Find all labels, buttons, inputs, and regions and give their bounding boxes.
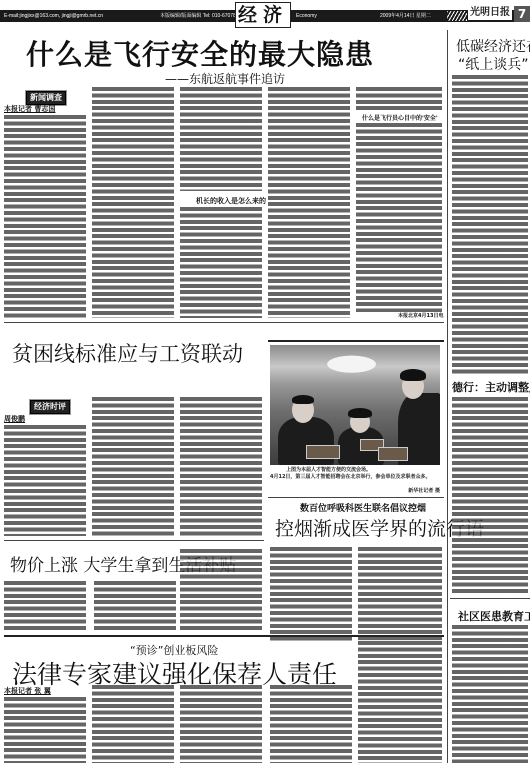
community-top-rule	[450, 598, 530, 599]
smoking-text-col1	[270, 546, 352, 642]
column-divider	[447, 30, 448, 763]
header-editor: 本版编辑/版面编辑 Tel: 010-67078856	[160, 11, 244, 21]
flight-safety-text-col1	[4, 114, 86, 318]
news-photo	[270, 345, 440, 465]
realestate-headline: 德行：主动调整房地产业政策	[452, 379, 530, 395]
flight-safety-subtitle: ——东航返航事件追访	[165, 70, 285, 87]
poverty-line-text-col3	[180, 396, 262, 536]
flight-safety-text-col3b	[180, 206, 262, 318]
sponsor-text-col1	[4, 696, 86, 763]
flight-safety-credit: 本报北京4月13日电	[398, 312, 443, 319]
poverty-line-byline: 周俊鹏	[4, 414, 25, 424]
flight-safety-text-col4	[268, 86, 350, 318]
header-date: 2009年4月14日 星期二	[380, 11, 431, 21]
poverty-line-text-col2	[92, 396, 174, 536]
decorative-stripes-icon	[447, 11, 467, 21]
page-number: 7	[514, 6, 530, 22]
realestate-text	[452, 396, 528, 594]
sponsor-top-rule	[4, 635, 444, 637]
masthead-logo: 光明日报	[468, 6, 512, 20]
community-health-text	[452, 624, 528, 763]
subsidy-top-rule	[4, 540, 264, 541]
flight-safety-text-col2	[92, 86, 174, 318]
community-health-headline: 社区医患教育工程启动	[458, 608, 530, 624]
smoking-top-rule	[268, 497, 444, 498]
photo-top-rule	[268, 340, 444, 342]
economic-commentary-tag: 经济时评	[30, 400, 70, 414]
poverty-line-text-col1	[4, 424, 86, 536]
sponsor-text-col4	[270, 684, 352, 763]
smoking-text-col2	[358, 546, 442, 642]
low-carbon-headline-1: 低碳经济还在	[456, 36, 530, 56]
flight-safety-subheading-income: 机长的收入是怎么来的	[196, 196, 266, 206]
flight-safety-byline: 本报记者 曹志国	[4, 104, 55, 114]
subsidy-text-col2	[94, 580, 176, 630]
sponsor-text-col5	[358, 640, 442, 763]
header-email: E-mail:jingjixx@163.com, jingji@gmrb.net…	[4, 11, 103, 21]
smoking-kicker: 数百位呼吸科医生联名倡议控烟	[300, 501, 426, 514]
poverty-line-headline: 贫困线标准应与工资联动	[12, 338, 243, 368]
flight-safety-text-col5b	[356, 122, 442, 312]
photo-credit: 新华社记者 摄	[400, 488, 440, 495]
sponsor-text-col3	[180, 684, 262, 763]
sponsor-byline: 本报记者 张 翼	[4, 686, 51, 696]
section-divider	[4, 322, 444, 323]
section-title: 经济	[235, 2, 291, 28]
flight-safety-headline: 什么是飞行安全的最大隐患	[26, 33, 374, 73]
subsidy-text-col1	[4, 580, 86, 630]
news-investigation-tag: 新闻调查	[26, 91, 66, 105]
low-carbon-headline-2: “纸上谈兵”	[458, 54, 529, 74]
photo-caption-1: 上图为本届人才智能方便的交流会场。	[286, 467, 438, 474]
subsidy-text-col3	[180, 548, 262, 630]
flight-safety-subheading-safety: 什么是飞行员心目中的'安全'	[362, 113, 438, 122]
flight-safety-text-col5a	[356, 86, 442, 110]
photo-caption-2: 4月12日，第三届人才智能招聘会在北京举行，参会单位及求职者众多。	[270, 474, 440, 481]
low-carbon-text	[452, 74, 528, 374]
sponsor-text-col2	[92, 684, 174, 763]
header-section-en: Economy	[296, 11, 317, 21]
flight-safety-text-col3a	[180, 86, 262, 191]
